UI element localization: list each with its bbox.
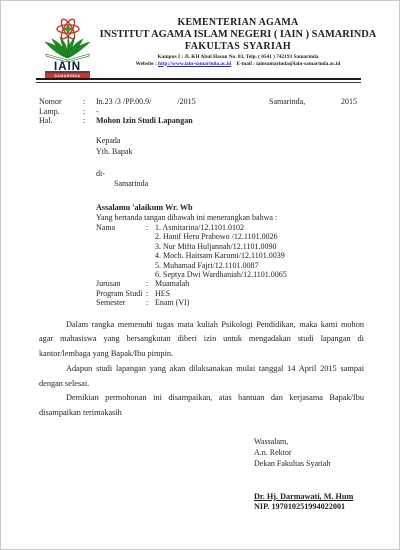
di-line: di- [96, 169, 364, 179]
paragraph-block: Dalam rangka memenuhi tugas mata kuliah … [39, 318, 364, 421]
ministry-name: KEMENTERIAN AGAMA [97, 17, 379, 29]
logo-svg: IAIN SAMARINDA [32, 16, 102, 78]
semester-row: Semester : Enam (VI) [96, 298, 364, 307]
student-item: 2. Hanif Heru Prabowo /12.1101.0026 [155, 232, 287, 241]
signer-title: Dekan Fakultas Syariah [254, 458, 364, 469]
recipient-city-block: di- Samarinda [96, 169, 364, 189]
letter-page: IAIN SAMARINDA KEMENTERIAN AGAMA INSTITU… [0, 0, 400, 550]
kepada-line: Kepada [96, 135, 364, 146]
letter-content: Nomor : In.23 /3 /PP.00.9//2015 Lamp. : … [1, 97, 399, 512]
iain-samarinda-logo-icon: IAIN SAMARINDA [32, 16, 102, 76]
lamp-row: Lamp. : - [39, 107, 364, 117]
hal-value: Mohon Izin Studi Lapangan [96, 116, 193, 126]
lamp-label: Lamp. [39, 107, 83, 117]
student-item: 4. Moch. Haitsam Karumi/12.1101.0039 [155, 251, 287, 260]
nomor-value: In.23 /3 /PP.00.9//2015 [96, 97, 196, 107]
student-item: 1. Asmitarina/12.1101.0102 [155, 223, 287, 232]
student-item: 6. Septya Dwi Wardhaniah/12.1101.0065 [155, 270, 287, 279]
lamp-value: - [96, 107, 99, 117]
svg-text:SAMARINDA: SAMARINDA [54, 74, 80, 78]
institute-name: INSTITUT AGAMA ISLAM NEGERI ( IAIN ) SAM… [97, 29, 379, 41]
letterhead-divider [36, 78, 361, 83]
closing-line: Wassalam, [254, 436, 364, 447]
intro-line: Yang bertanda tangan dibawah ini meneran… [96, 213, 364, 223]
website-label: Website : [136, 61, 157, 67]
student-item: 5. Muhamad Fajri/12.1101.0087 [155, 261, 287, 270]
hal-row: Hal. : Mohon Izin Studi Lapangan [39, 116, 364, 126]
signer-name: Dr. Hj. Darmawati, M. Hum [254, 491, 364, 502]
recipient-block: Kepada Yth. Bapak [96, 135, 364, 157]
nama-row: Nama : 1. Asmitarina/12.1101.0102 2. Han… [96, 223, 364, 279]
prodi-row: Program Studi : HES [96, 289, 364, 298]
colon: : [146, 223, 155, 279]
colon: : [83, 107, 96, 117]
letterhead-text: KEMENTERIAN AGAMA INSTITUT AGAMA ISLAM N… [97, 17, 379, 67]
behalf-line: A.n. Rektor [254, 447, 364, 458]
semester-value: Enam (VI) [155, 298, 189, 307]
email-text: E-mail : iainsamarinda@iain-samarinda.ac… [237, 61, 341, 67]
prodi-label: Program Studi [96, 289, 146, 298]
nomor-label: Nomor [39, 97, 83, 107]
hal-label: Hal. [39, 116, 83, 126]
letter-body: Kepada Yth. Bapak di- Samarinda Assalamu… [96, 135, 364, 308]
svg-text:IAIN: IAIN [54, 61, 81, 73]
jurusan-row: Jurusan : Muamalah [96, 279, 364, 288]
colon: : [83, 116, 96, 126]
colon: : [146, 298, 155, 307]
colon: : [146, 279, 155, 288]
date-year: 2015 [341, 97, 357, 107]
paragraph: Demikian permohonan ini disampaikan, ata… [39, 391, 364, 421]
colon: : [146, 289, 155, 298]
date-city: Samarinda, [269, 97, 305, 107]
semester-label: Semester [96, 298, 146, 307]
jurusan-value: Muamalah [155, 279, 189, 288]
website-email-line: Website : http://www.iain-samarinda.ac.i… [97, 61, 379, 67]
paragraph: Dalam rangka memenuhi tugas mata kuliah … [39, 318, 364, 362]
colon: : [83, 97, 96, 107]
salutation: Assalamu 'alaikum Wr. Wb [96, 203, 364, 213]
paragraph: Adapun studi lapangan yang akan dilaksan… [39, 362, 364, 392]
signature-block: Wassalam, A.n. Rektor Dekan Fakultas Sya… [254, 436, 364, 512]
faculty-name: FAKULTAS SYARIAH [97, 41, 379, 53]
student-item: 3. Nur Mifta Huljannah/12.1101.0090 [155, 242, 287, 251]
yth-line: Yth. Bapak [96, 146, 364, 157]
nomor-row: Nomor : In.23 /3 /PP.00.9//2015 [39, 97, 364, 107]
recipient-city: Samarinda [96, 179, 364, 189]
jurusan-label: Jurusan [96, 279, 146, 288]
prodi-value: HES [155, 289, 170, 298]
student-list: 1. Asmitarina/12.1101.0102 2. Hanif Heru… [155, 223, 287, 279]
nama-label: Nama [96, 223, 146, 279]
reference-block: Nomor : In.23 /3 /PP.00.9//2015 Lamp. : … [39, 97, 364, 126]
letterhead: IAIN SAMARINDA KEMENTERIAN AGAMA INSTITU… [1, 15, 399, 76]
website-link[interactable]: http://www.iain-samarinda.ac.id [158, 61, 231, 67]
signer-nip: NIP. 197010251994022001 [254, 502, 364, 512]
